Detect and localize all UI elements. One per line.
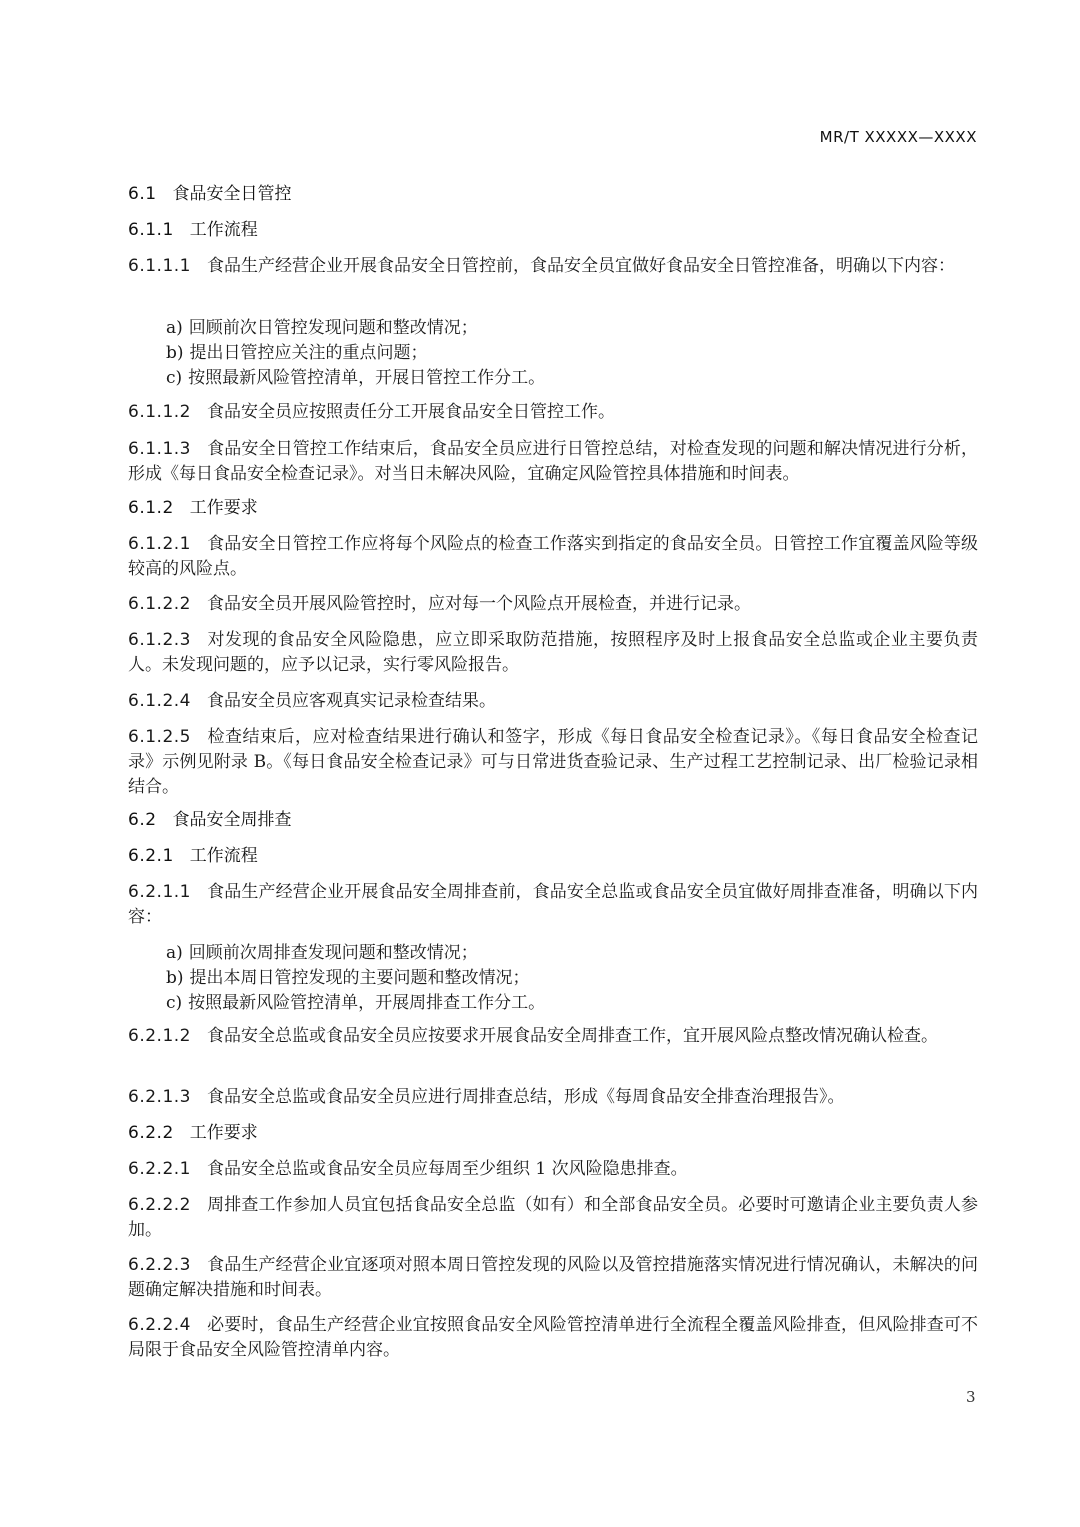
clause-text: 食品安全员开展风险管控时，应对每一个风险点开展检查，并进行记录。	[207, 594, 751, 614]
list-item-text: 提出日管控应关注的重点问题；	[190, 343, 428, 363]
clause-number: 6.1.1.3	[128, 439, 191, 459]
section-heading: 6.2.2工作要求	[128, 1121, 978, 1146]
clause-paragraph: 6.1.1.1食品生产经营企业开展食品安全日管控前，食品安全员宜做好食品安全日管…	[128, 254, 978, 279]
document-code-header: MR/T XXXXX—XXXX	[820, 128, 977, 146]
clause-text: 食品生产经营企业宜逐项对照本周日管控发现的风险以及管控措施落实情况进行情况确认，…	[128, 1255, 978, 1300]
clause-text: 食品安全总监或食品安全员应进行周排查总结，形成《每周食品安全排查治理报告》。	[207, 1087, 845, 1107]
list-marker: a)	[166, 318, 183, 338]
section-number: 6.2	[128, 810, 157, 830]
clause-number: 6.1.2.4	[128, 691, 191, 711]
section-title: 工作要求	[190, 1123, 258, 1143]
list-item: a)回顾前次日管控发现问题和整改情况；	[166, 316, 1016, 341]
list-marker: c)	[166, 993, 182, 1013]
clause-text: 食品安全日管控工作结束后，食品安全员应进行日管控总结，对检查发现的问题和解决情况…	[128, 439, 978, 484]
clause-paragraph: 6.2.2.1食品安全总监或食品安全员应每周至少组织 1 次风险隐患排查。	[128, 1157, 978, 1182]
clause-number: 6.1.2.3	[128, 630, 191, 650]
section-title: 食品安全周排查	[173, 810, 292, 830]
clause-text: 食品安全总监或食品安全员应每周至少组织 1 次风险隐患排查。	[207, 1159, 688, 1179]
clause-paragraph: 6.1.2.2食品安全员开展风险管控时，应对每一个风险点开展检查，并进行记录。	[128, 592, 978, 617]
list-marker: a)	[166, 943, 183, 963]
clause-text: 检查结束后，应对检查结果进行确认和签字，形成《每日食品安全检查记录》。《每日食品…	[128, 727, 978, 797]
clause-number: 6.1.2.2	[128, 594, 191, 614]
clause-number: 6.2.2.3	[128, 1255, 191, 1275]
clause-text: 必要时，食品生产经营企业宜按照食品安全风险管控清单进行全流程全覆盖风险排查，但风…	[128, 1315, 978, 1360]
clause-number: 6.2.1.2	[128, 1026, 191, 1046]
enumerated-list: a)回顾前次周排查发现问题和整改情况；b)提出本周日管控发现的主要问题和整改情况…	[128, 941, 1016, 1016]
list-item: c)按照最新风险管控清单，开展日管控工作分工。	[166, 366, 1016, 391]
clause-paragraph: 6.1.2.1食品安全日管控工作应将每个风险点的检查工作落实到指定的食品安全员。…	[128, 532, 978, 582]
clause-number: 6.2.2.1	[128, 1159, 191, 1179]
list-item: b)提出本周日管控发现的主要问题和整改情况；	[166, 966, 1016, 991]
clause-text: 食品生产经营企业开展食品安全周排查前，食品安全总监或食品安全员宜做好周排查准备，…	[128, 882, 978, 927]
clause-paragraph: 6.2.1.1食品生产经营企业开展食品安全周排查前，食品安全总监或食品安全员宜做…	[128, 880, 978, 930]
clause-paragraph: 6.1.1.3食品安全日管控工作结束后，食品安全员应进行日管控总结，对检查发现的…	[128, 437, 978, 487]
clause-number: 6.2.1.3	[128, 1087, 191, 1107]
section-heading: 6.2.1工作流程	[128, 844, 978, 869]
section-number: 6.2.1	[128, 846, 174, 866]
list-marker: c)	[166, 368, 182, 388]
clause-text: 对发现的食品安全风险隐患，应立即采取防范措施，按照程序及时上报食品安全总监或企业…	[128, 630, 978, 675]
list-item-text: 回顾前次日管控发现问题和整改情况；	[189, 318, 478, 338]
section-heading: 6.2食品安全周排查	[128, 808, 978, 833]
clause-text: 周排查工作参加人员宜包括食品安全总监（如有）和全部食品安全员。必要时可邀请企业主…	[128, 1195, 978, 1240]
clause-paragraph: 6.2.1.2食品安全总监或食品安全员应按要求开展食品安全周排查工作，宜开展风险…	[128, 1024, 978, 1049]
clause-text: 食品安全总监或食品安全员应按要求开展食品安全周排查工作，宜开展风险点整改情况确认…	[207, 1026, 938, 1046]
clause-text: 食品安全员应按照责任分工开展食品安全日管控工作。	[207, 402, 615, 422]
clause-number: 6.2.2.4	[128, 1315, 191, 1335]
list-item-text: 提出本周日管控发现的主要问题和整改情况；	[190, 968, 530, 988]
clause-paragraph: 6.2.2.2周排查工作参加人员宜包括食品安全总监（如有）和全部食品安全员。必要…	[128, 1193, 978, 1243]
section-title: 工作要求	[190, 498, 258, 518]
list-item-text: 按照最新风险管控清单，开展日管控工作分工。	[188, 368, 545, 388]
section-heading: 6.1食品安全日管控	[128, 182, 978, 207]
enumerated-list: a)回顾前次日管控发现问题和整改情况；b)提出日管控应关注的重点问题；c)按照最…	[128, 316, 1016, 391]
clause-number: 6.1.1.1	[128, 256, 191, 276]
document-page: MR/T XXXXX—XXXX 6.1食品安全日管控6.1.1工作流程6.1.1…	[0, 0, 1080, 1527]
clause-paragraph: 6.1.2.5检查结束后，应对检查结果进行确认和签字，形成《每日食品安全检查记录…	[128, 725, 978, 800]
clause-number: 6.2.1.1	[128, 882, 191, 902]
clause-number: 6.2.2.2	[128, 1195, 191, 1215]
section-number: 6.1.2	[128, 498, 174, 518]
section-title: 工作流程	[190, 846, 258, 866]
clause-text: 食品安全员应客观真实记录检查结果。	[207, 691, 496, 711]
list-item-text: 回顾前次周排查发现问题和整改情况；	[189, 943, 478, 963]
clause-number: 6.1.1.2	[128, 402, 191, 422]
clause-number: 6.1.2.1	[128, 534, 191, 554]
section-number: 6.1.1	[128, 220, 174, 240]
clause-paragraph: 6.1.2.4食品安全员应客观真实记录检查结果。	[128, 689, 978, 714]
list-marker: b)	[166, 343, 184, 363]
list-item: c)按照最新风险管控清单，开展周排查工作分工。	[166, 991, 1016, 1016]
section-title: 工作流程	[190, 220, 258, 240]
list-item: a)回顾前次周排查发现问题和整改情况；	[166, 941, 1016, 966]
list-item-text: 按照最新风险管控清单，开展周排查工作分工。	[188, 993, 545, 1013]
clause-number: 6.1.2.5	[128, 727, 191, 747]
clause-paragraph: 6.1.2.3对发现的食品安全风险隐患，应立即采取防范措施，按照程序及时上报食品…	[128, 628, 978, 678]
clause-paragraph: 6.2.1.3食品安全总监或食品安全员应进行周排查总结，形成《每周食品安全排查治…	[128, 1085, 978, 1110]
section-heading: 6.1.1工作流程	[128, 218, 978, 243]
clause-paragraph: 6.2.2.3食品生产经营企业宜逐项对照本周日管控发现的风险以及管控措施落实情况…	[128, 1253, 978, 1303]
section-number: 6.1	[128, 184, 157, 204]
clause-text: 食品生产经营企业开展食品安全日管控前，食品安全员宜做好食品安全日管控准备，明确以…	[207, 256, 955, 276]
page-number: 3	[966, 1388, 976, 1406]
section-title: 食品安全日管控	[173, 184, 292, 204]
clause-paragraph: 6.1.1.2食品安全员应按照责任分工开展食品安全日管控工作。	[128, 400, 978, 425]
clause-paragraph: 6.2.2.4必要时，食品生产经营企业宜按照食品安全风险管控清单进行全流程全覆盖…	[128, 1313, 978, 1363]
list-marker: b)	[166, 968, 184, 988]
clause-text: 食品安全日管控工作应将每个风险点的检查工作落实到指定的食品安全员。日管控工作宜覆…	[128, 534, 978, 579]
section-heading: 6.1.2工作要求	[128, 496, 978, 521]
section-number: 6.2.2	[128, 1123, 174, 1143]
list-item: b)提出日管控应关注的重点问题；	[166, 341, 1016, 366]
